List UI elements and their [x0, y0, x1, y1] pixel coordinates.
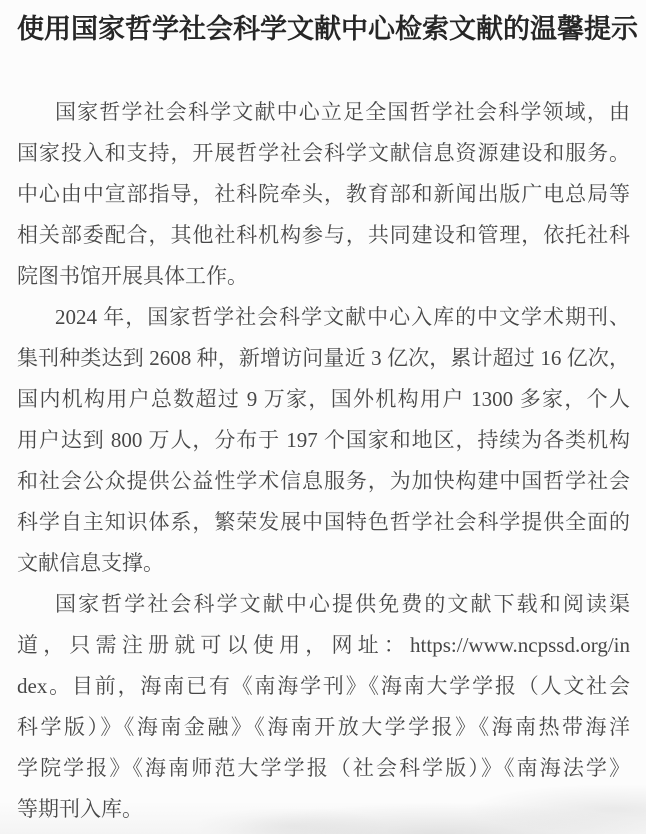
text-line: 院图书馆开展具体工作。	[17, 256, 630, 297]
text-line: 学院学报》《海南师范大学学报（社会科学版）》《南海法学》	[17, 748, 630, 789]
text-line: 等期刊入库。	[17, 789, 630, 830]
text-line: 2024 年，国家哲学社会科学文献中心入库的中文学术期刊、	[17, 297, 630, 338]
text-line: 国内机构用户总数超过 9 万家，国外机构用户 1300 多家，个人	[17, 379, 630, 420]
text-line: 国家投入和支持，开展哲学社会科学文献信息资源建设和服务。	[17, 133, 630, 174]
document-body: 国家哲学社会科学文献中心立足全国哲学社会科学领域，由国家投入和支持，开展哲学社会…	[17, 92, 630, 830]
text-line: 中心由中宣部指导，社科院牵头，教育部和新闻出版广电总局等	[17, 174, 630, 215]
text-line: 科学自主知识体系，繁荣发展中国特色哲学社会科学提供全面的	[17, 502, 630, 543]
text-line: 文献信息支撑。	[17, 543, 630, 584]
text-line: 国家哲学社会科学文献中心立足全国哲学社会科学领域，由	[17, 92, 630, 133]
text-line: 和社会公众提供公益性学术信息服务，为加快构建中国哲学社会	[17, 461, 630, 502]
document-page: 使用国家哲学社会科学文献中心检索文献的温馨提示 国家哲学社会科学文献中心立足全国…	[0, 0, 646, 834]
text-line: dex。目前，海南已有《南海学刊》《海南大学学报（人文社会	[17, 666, 630, 707]
text-line: 用户达到 800 万人，分布于 197 个国家和地区，持续为各类机构	[17, 420, 630, 461]
text-line: 道，只需注册就可以使用，网址：https://www.ncpssd.org/in	[17, 625, 630, 666]
text-line: 科学版）》《海南金融》《海南开放大学学报》《海南热带海洋	[17, 707, 630, 748]
text-line: 集刊种类达到 2608 种，新增访问量近 3 亿次，累计超过 16 亿次，	[17, 338, 630, 379]
text-line: 国家哲学社会科学文献中心提供免费的文献下载和阅读渠	[17, 584, 630, 625]
text-line: 相关部委配合，其他社科机构参与，共同建设和管理，依托社科	[17, 215, 630, 256]
document-title: 使用国家哲学社会科学文献中心检索文献的温馨提示	[17, 7, 630, 51]
